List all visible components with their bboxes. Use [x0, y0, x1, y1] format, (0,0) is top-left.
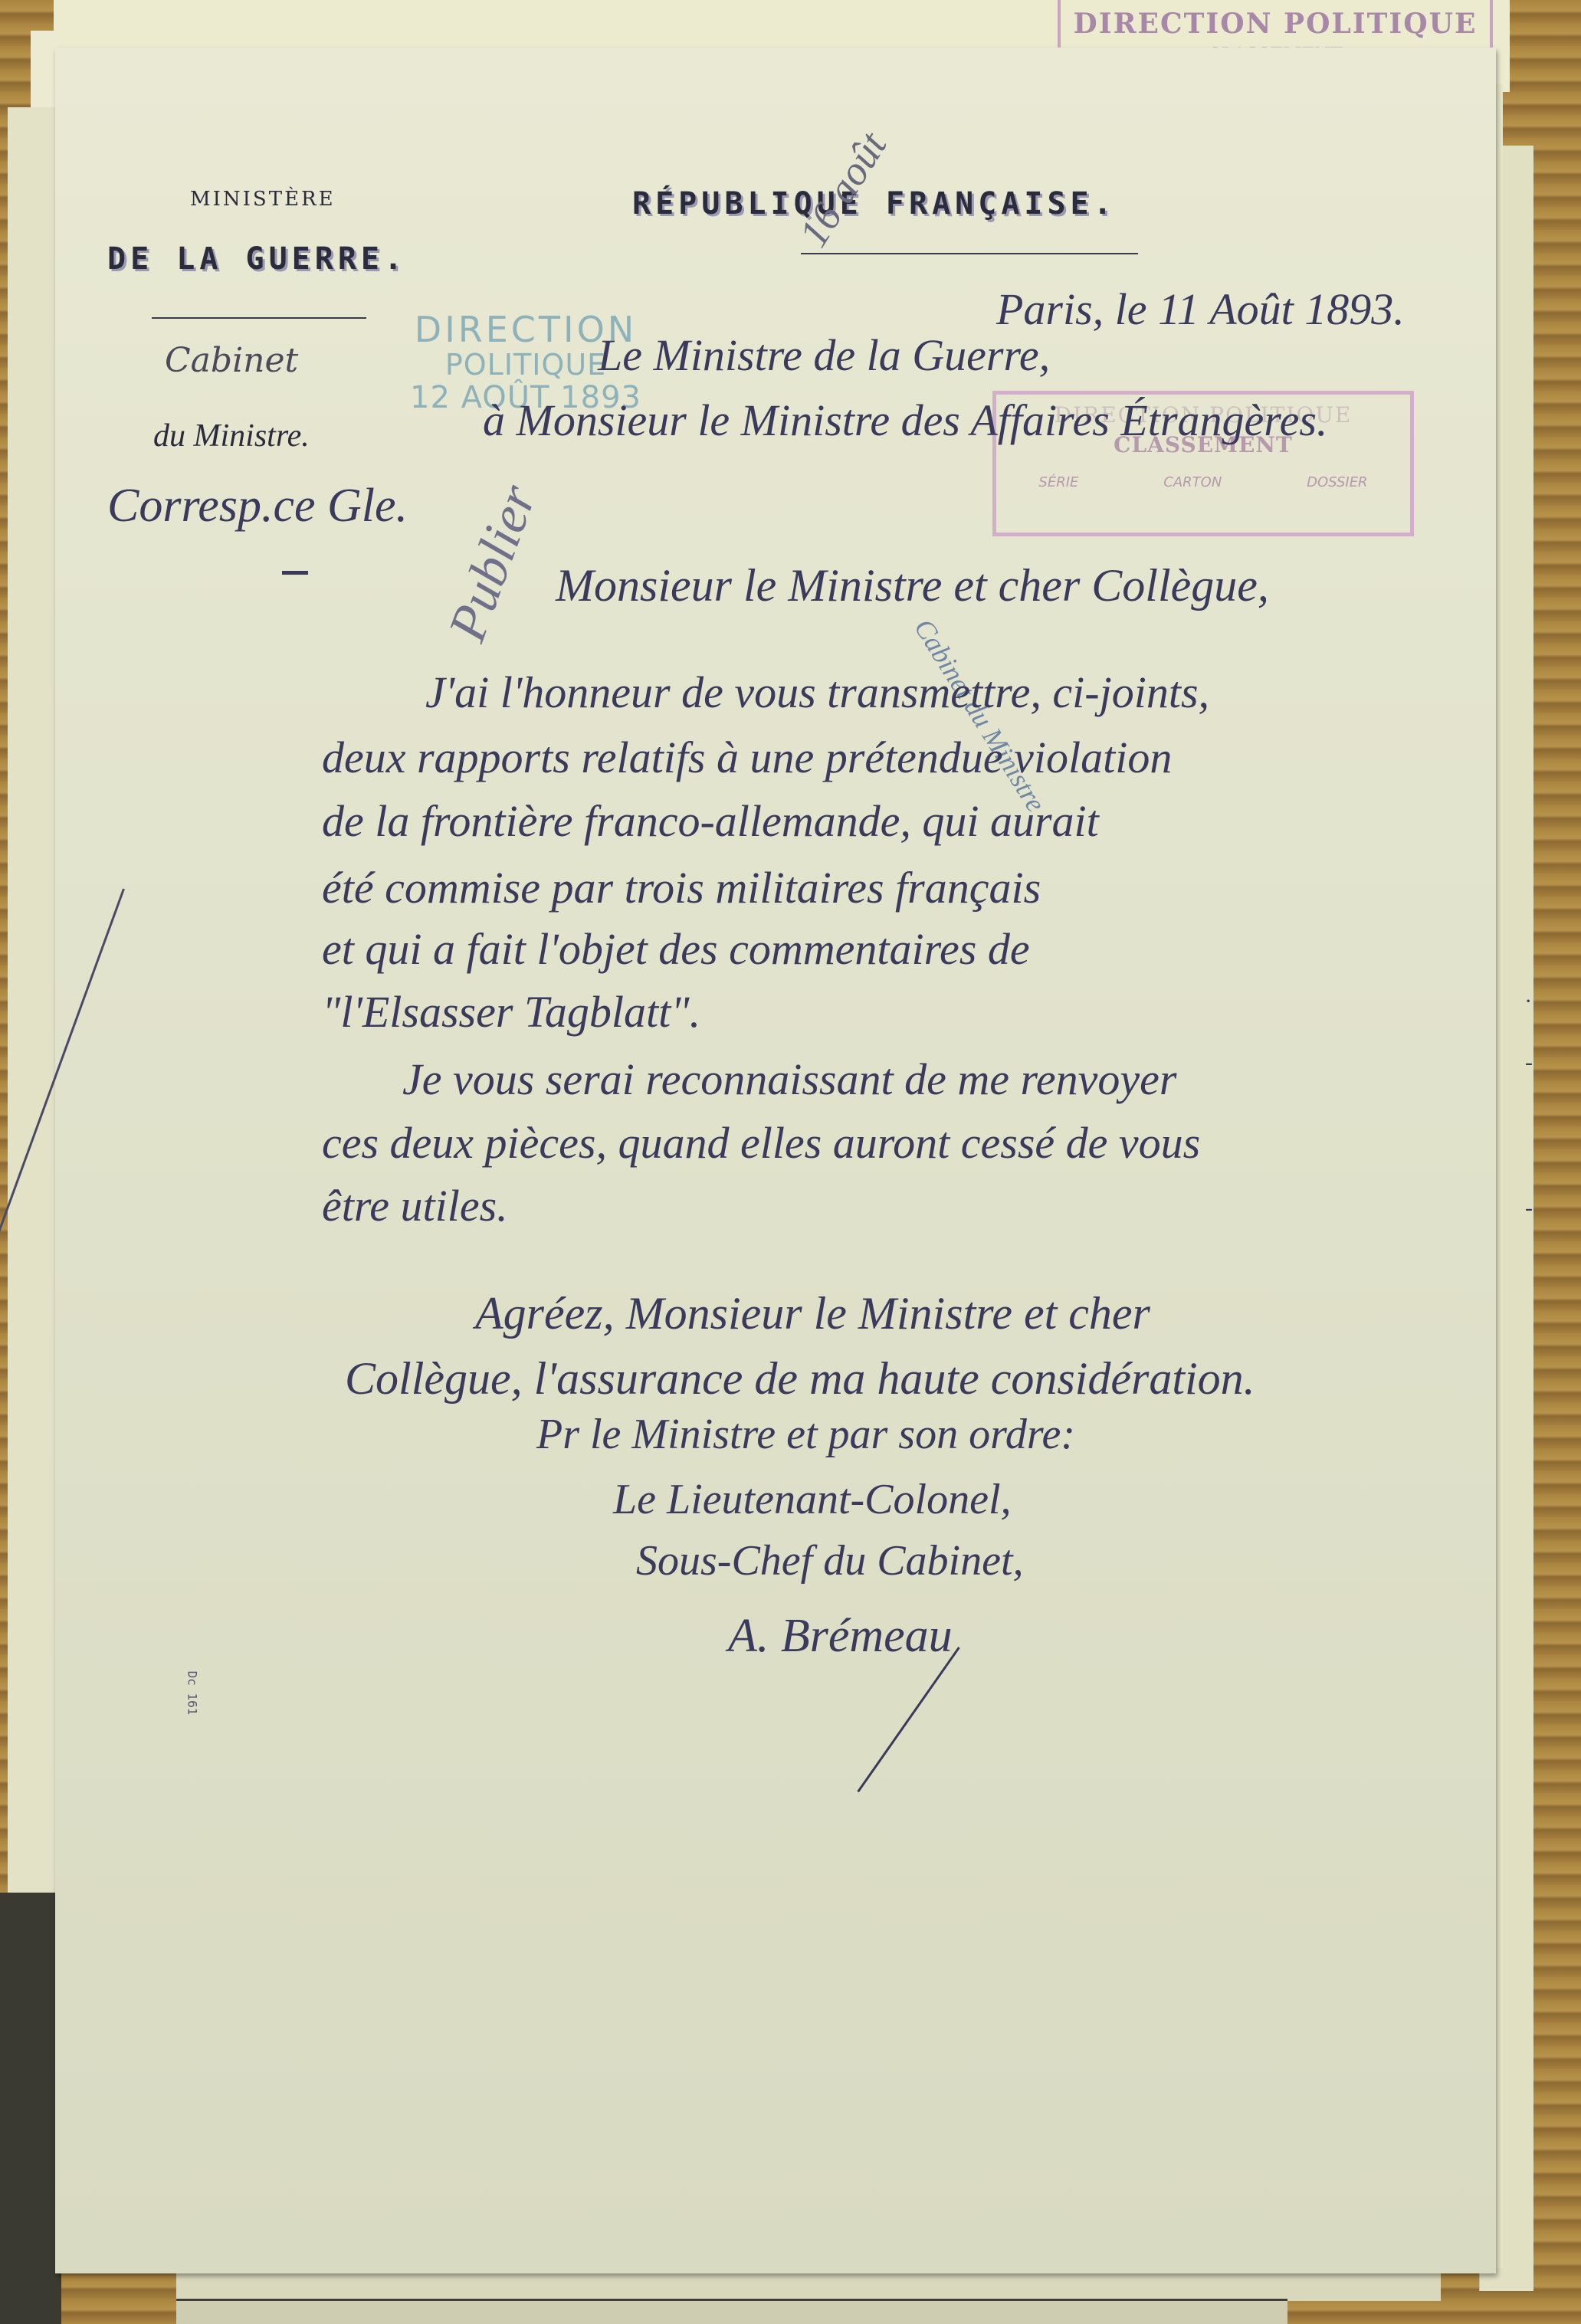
- closing-line-1: Agréez, Monsieur le Ministre et cher: [475, 1287, 1150, 1340]
- body-line-1: J'ai l'honneur de vous transmettre, ci-j…: [425, 667, 1209, 718]
- archive-number: Dc 161: [185, 1671, 199, 1716]
- top-stamp-line1: DIRECTION POLITIQUE: [1061, 8, 1490, 40]
- underline-dash: [282, 571, 308, 575]
- underlying-sheet-bottom-2: [176, 2299, 1287, 2324]
- signature-order-line: Pr le Ministre et par son ordre:: [536, 1410, 1075, 1459]
- letterhead-ministere: MINISTÈRE: [190, 188, 336, 211]
- body-line-2: deux rapports relatifs à une prétendue v…: [322, 732, 1172, 783]
- body-line-9: être utiles.: [322, 1180, 508, 1231]
- letterhead-de-la-guerre: DE LA GUERRE.: [107, 241, 407, 277]
- body-line-6: "l'Elsasser Tagblatt".: [322, 986, 700, 1037]
- recipient-line: à Monsieur le Ministre des Affaires Étra…: [483, 395, 1327, 446]
- shadow-corner: [0, 1893, 61, 2324]
- letterhead-du-ministre: du Ministre.: [153, 418, 310, 454]
- closing-line-2: Collègue, l'assurance de ma haute consid…: [345, 1352, 1255, 1405]
- letterhead-divider-left: [152, 317, 366, 319]
- classement-field-serie: SÉRIE: [1038, 474, 1078, 490]
- classement-field-dossier: DOSSIER: [1307, 474, 1367, 490]
- body-line-5: et qui a fait l'objet des commentaires d…: [322, 923, 1030, 975]
- letterhead-republique-francaise: RÉPUBLIQUE FRANÇAISE.: [632, 186, 1117, 221]
- salutation: Monsieur le Ministre et cher Collègue,: [556, 559, 1269, 612]
- letterhead-divider-right: [801, 253, 1138, 254]
- edge-mark: -: [1525, 1050, 1533, 1076]
- signature-title: Sous-Chef du Cabinet,: [636, 1536, 1024, 1585]
- edge-mark: ·: [1525, 988, 1531, 1014]
- date-line: Paris, le 11 Août 1893.: [996, 284, 1405, 335]
- handwritten-correspondence-ref: Corresp.ce Gle.: [107, 479, 408, 533]
- body-line-3: de la frontière franco-allemande, qui au…: [322, 795, 1099, 847]
- body-line-7: Je vous serai reconnaissant de me renvoy…: [402, 1054, 1176, 1105]
- classement-field-carton: CARTON: [1163, 474, 1222, 490]
- letterhead-cabinet: Cabinet: [165, 341, 298, 380]
- sender-line: Le Ministre de la Guerre,: [598, 329, 1050, 381]
- signature-name: A. Brémeau: [728, 1609, 953, 1664]
- body-line-4: été commise par trois militaires françai…: [322, 862, 1041, 913]
- signature-rank: Le Lieutenant-Colonel,: [613, 1475, 1012, 1524]
- body-line-8: ces deux pièces, quand elles auront cess…: [322, 1117, 1200, 1169]
- edge-mark: -: [1525, 1195, 1533, 1221]
